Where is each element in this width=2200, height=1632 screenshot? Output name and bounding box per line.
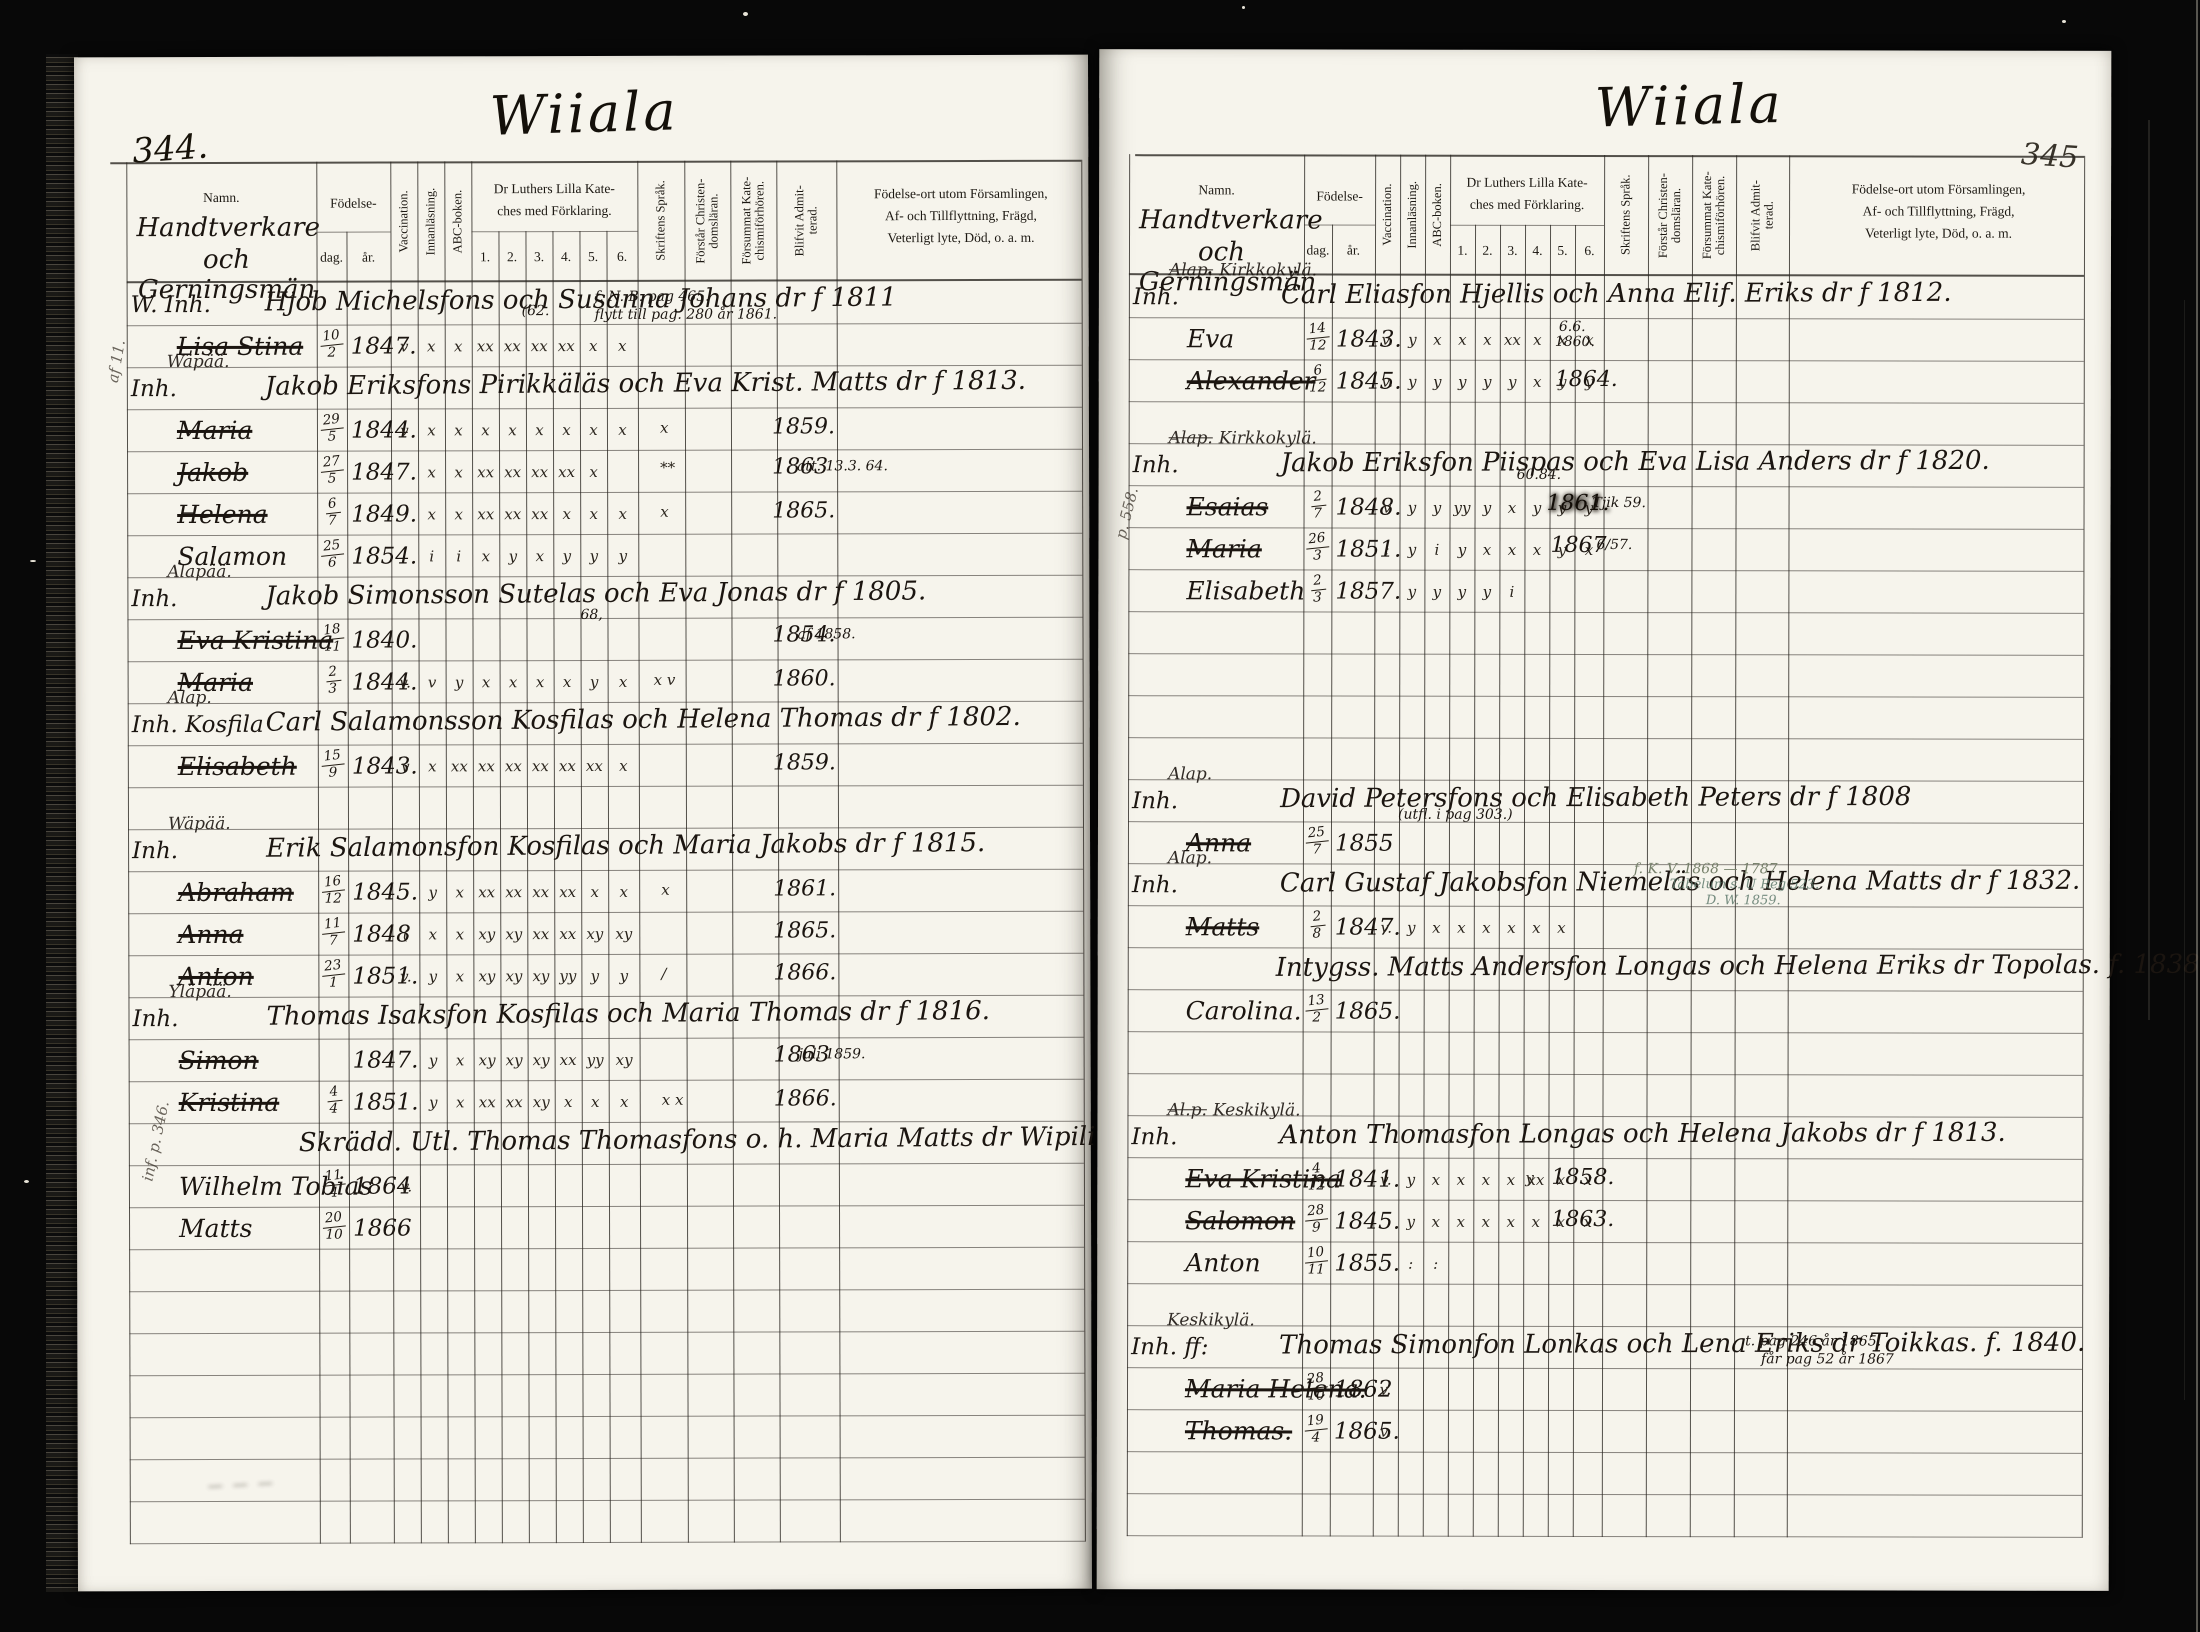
birth-date-part: 1 <box>329 975 338 990</box>
reading-mark: i <box>445 547 472 565</box>
header-vertical-label: Innanläsning. <box>417 165 444 277</box>
reading-mark: x <box>608 757 639 775</box>
reading-mark: x <box>418 421 445 439</box>
row-line <box>1127 1367 2082 1370</box>
reading-mark: y <box>446 673 473 691</box>
reading-mark: x <box>1448 1213 1473 1231</box>
annotation: 1859. <box>772 414 835 439</box>
birth-date-part: 20 <box>322 1210 347 1228</box>
reading-mark: xx <box>501 1093 528 1111</box>
birth-date: 263 <box>1305 532 1329 562</box>
child-name: Matts <box>179 1214 253 1243</box>
reading-mark: xx <box>499 505 526 523</box>
struck-margin-note: Al.p. <box>1167 1100 1206 1120</box>
reading-mark: : <box>1423 1255 1448 1273</box>
row-line <box>1127 1409 2082 1412</box>
row-line <box>127 323 1082 327</box>
annotation: 1865. <box>773 918 836 943</box>
reading-mark: x <box>607 337 638 355</box>
birth-year: 1840. <box>351 627 417 653</box>
row-line <box>129 1247 1084 1251</box>
row-line <box>129 1373 1084 1377</box>
reading-mark: x <box>608 883 639 901</box>
birth-date-part: 6 <box>1310 364 1326 381</box>
annotation: t. pag 246 år 1865. <box>1745 1333 1881 1349</box>
birth-date-part: 12 <box>1309 338 1326 353</box>
header-kateches-num: 4. <box>1525 243 1550 259</box>
scan-speck <box>2062 20 2066 23</box>
header-kateches-num: 2. <box>1475 243 1500 259</box>
row-line <box>1127 1241 2082 1244</box>
annotation: (62. <box>522 303 550 319</box>
annotation: juli 1859. <box>799 1046 866 1062</box>
birth-date: 23 <box>320 666 346 696</box>
household-label: Inh. <box>1132 872 1178 898</box>
birth-date: 28 <box>1305 910 1329 940</box>
reading-mark: x <box>526 421 553 439</box>
reading-mark: v <box>391 421 418 439</box>
reading-mark: xy <box>608 925 639 943</box>
reading-mark: x <box>419 925 446 943</box>
reading-mark: y <box>1425 373 1450 391</box>
village-margin-note: Alap.Kirkkokylä. <box>1169 428 1317 448</box>
birth-date: 132 <box>1305 994 1329 1024</box>
reading-mark: xx <box>499 337 526 355</box>
reading-mark: x <box>445 505 472 523</box>
book-binding-edge <box>46 54 78 1592</box>
scan-streak <box>2196 0 2198 1632</box>
reading-mark: x <box>418 505 445 523</box>
birth-year: 1847. <box>353 1047 419 1073</box>
annotation: f. N. B. pag 465. <box>595 289 710 305</box>
birth-date-part: 2 <box>325 665 341 682</box>
reading-mark: yy <box>1450 499 1475 517</box>
reading-mark: xy <box>528 1093 555 1111</box>
birth-date-part: 4 <box>330 1185 339 1200</box>
reading-mark: xx <box>1500 331 1525 349</box>
child-name: Abraham <box>178 878 294 907</box>
birth-date-part: 11 <box>324 639 341 654</box>
reading-mark: y <box>1450 373 1475 391</box>
family-entry: Erik Salamonsfon Kosfilas och Maria Jako… <box>266 828 985 864</box>
reading-mark: x <box>1500 499 1525 517</box>
birth-date-part: 5 <box>328 429 337 444</box>
annotation: y <box>1525 1169 1534 1187</box>
birth-date: 257 <box>1305 826 1329 856</box>
birth-date: 27 <box>1306 490 1330 520</box>
family-entry: Carl Salamonsson Kosfilas och Helena Tho… <box>266 702 1021 738</box>
row-line <box>1127 1199 2082 1202</box>
household-label: Inh. <box>131 586 177 612</box>
birth-date-part: 11 <box>321 916 346 934</box>
reading-mark: y <box>1475 499 1500 517</box>
reading-mark: y <box>553 547 580 565</box>
header-vertical-label: Blifvit Admit- terad. <box>1736 159 1789 271</box>
birth-date-part: 6 <box>324 497 340 514</box>
annotation: 1861. <box>773 876 836 901</box>
child-name: Kristina <box>179 1088 280 1117</box>
reading-mark: x <box>580 505 607 523</box>
family-entry: Hjob Michelsfons och Susanna Johans dr f… <box>265 283 897 318</box>
reading-mark: : <box>1374 541 1399 559</box>
reading-mark: x <box>1549 919 1574 937</box>
reading-mark: x <box>607 505 638 523</box>
village-margin-note: Keskikylä. <box>1167 1310 1255 1330</box>
margin-note: Kirkkokylä. <box>1219 260 1317 280</box>
reading-mark: xx <box>446 757 473 775</box>
column-line <box>126 162 131 1544</box>
reading-mark: y <box>1425 499 1450 517</box>
birth-date: 23 <box>1305 574 1329 604</box>
reading-mark: x <box>1425 331 1450 349</box>
row-line <box>1128 653 2083 656</box>
reading-mark: x <box>1423 1213 1448 1231</box>
village-margin-note: Alap. <box>168 688 212 708</box>
row-line <box>1129 359 2084 362</box>
reading-mark: y <box>420 1051 447 1069</box>
annotation: Tabelum s. U Reg 523. <box>1670 877 1819 892</box>
reading-mark: x <box>1524 541 1549 559</box>
row-line <box>127 491 1082 495</box>
row-line <box>1128 905 2083 908</box>
birth-date: 159 <box>320 750 346 780</box>
row-line <box>127 407 1082 411</box>
reading-mark: x <box>581 883 608 901</box>
household-label: W. Inh. <box>131 292 211 318</box>
annotation: 68, <box>580 607 602 623</box>
reading-mark: y <box>1474 583 1499 601</box>
header-divider <box>316 232 390 233</box>
birth-date: 1412 <box>1306 322 1330 352</box>
reading-mark: v. <box>1373 1171 1398 1189</box>
row-line <box>1128 569 2083 572</box>
child-name: Anna <box>178 920 243 949</box>
reading-mark: xx <box>472 463 499 481</box>
annotation: flytt till pag. 280 år 1861. <box>595 306 777 322</box>
reading-mark: y <box>608 967 639 985</box>
reading-mark: x <box>580 337 607 355</box>
birth-date-part: 10 <box>1304 1245 1329 1263</box>
row-line <box>128 953 1083 957</box>
birth-year: 1851. <box>353 1089 419 1115</box>
reading-mark: xx <box>473 757 500 775</box>
annotation: 1860. <box>1555 334 1595 350</box>
reading-mark: x <box>1424 919 1449 937</box>
annotation: att. 13.3. 64. <box>797 458 888 474</box>
reading-mark: y <box>499 547 526 565</box>
birth-date-part: 11 <box>1308 1262 1325 1277</box>
row-line <box>1129 527 2084 530</box>
family-entry: Carl Eliasfon Hjellis och Anna Elif. Eri… <box>1281 278 1952 310</box>
birth-date-part: 3 <box>328 681 337 696</box>
reading-mark: v. <box>392 673 419 691</box>
reading-mark: x <box>527 673 554 691</box>
header-kateches-num: 3. <box>1500 243 1525 259</box>
reading-mark: xx <box>554 883 581 901</box>
row-line <box>129 1079 1084 1083</box>
birth-year: 1845. <box>352 879 418 905</box>
reading-mark: x <box>554 673 581 691</box>
household-label: Inh. <box>1133 452 1179 478</box>
row-line <box>129 1331 1084 1335</box>
birth-date: 1011 <box>1304 1246 1328 1276</box>
birth-date: 1811 <box>319 624 345 654</box>
reading-mark: xx <box>553 463 580 481</box>
reading-mark: y <box>1400 373 1425 391</box>
birth-date: 1612 <box>320 876 346 906</box>
child-name: Matts <box>1186 912 1259 941</box>
annotation: 6/57. <box>1596 537 1632 553</box>
reading-mark: x <box>1523 1213 1548 1231</box>
page-right: 345 Wiiala Namn.Handtverkareoch Gernings… <box>1097 49 2112 1591</box>
birth-year: 1849. <box>351 501 417 527</box>
reading-mark: v. <box>1373 1423 1398 1441</box>
header-notes: Veterligt lyte, Död, o. a. m. <box>840 230 1081 246</box>
row-line <box>128 911 1083 915</box>
birth-date-part: 12 <box>1309 380 1326 395</box>
birth-date-part: 4 <box>326 1085 342 1102</box>
reading-mark: y <box>1399 541 1424 559</box>
birth-date-part: 3 <box>1313 548 1322 563</box>
birth-date-part: 16 <box>321 874 346 892</box>
row-line <box>1128 779 2083 782</box>
household-label: Inh. <box>1133 284 1179 310</box>
row-line <box>127 533 1082 537</box>
reading-mark: xy <box>500 967 527 985</box>
row-line <box>128 869 1083 873</box>
reading-mark: xx <box>500 883 527 901</box>
birth-date-part: 25 <box>320 538 345 556</box>
margin-note: Alap. <box>168 688 212 708</box>
annotation: 1859. <box>773 750 836 775</box>
reading-mark: x <box>608 673 639 691</box>
reading-mark: xx <box>472 505 499 523</box>
annotation: 1860. <box>773 666 836 691</box>
birth-date-part: 28 <box>1304 1203 1329 1221</box>
row-line <box>1128 611 2083 614</box>
family-entry: Jakob Eriksfon Piispas och Eva Lisa Ande… <box>1281 446 1990 478</box>
reading-mark: y <box>1449 541 1474 559</box>
reading-mark: xx <box>499 463 526 481</box>
reading-mark: : <box>1398 1255 1423 1273</box>
reading-mark: y <box>1424 583 1449 601</box>
birth-date: 289 <box>1304 1204 1328 1234</box>
reading-mark: x <box>446 883 473 901</box>
reading-mark: y <box>1400 499 1425 517</box>
reading-mark: v. <box>1375 331 1400 349</box>
birth-date: 2810 <box>1304 1372 1328 1402</box>
birth-date-part: 29 <box>320 412 345 430</box>
birth-date-part: 10 <box>319 328 344 346</box>
reading-mark: xy <box>473 967 500 985</box>
reading-mark: x <box>1475 331 1500 349</box>
margin-note: Kirkkokylä. <box>1219 428 1317 448</box>
row-line <box>129 1163 1084 1167</box>
header-divider <box>1304 224 1375 225</box>
reading-mark: xx <box>527 757 554 775</box>
reading-mark: y <box>419 883 446 901</box>
rotated-margin-note: inf. p. 346. <box>138 1099 172 1183</box>
reading-mark: y <box>420 1093 447 1111</box>
row-line <box>1128 695 2083 698</box>
header-vertical-label: Vaccination. <box>1375 159 1400 271</box>
margin-note: Wäpää. <box>168 814 231 834</box>
reading-mark: xx <box>555 1051 582 1069</box>
birth-date-part: 2 <box>1309 574 1325 591</box>
birth-date-part: 10 <box>1307 1388 1324 1403</box>
annotation: Tjik 59. <box>1593 495 1646 511</box>
child-name: Eva <box>1187 324 1234 353</box>
header-kateches-num: 4. <box>552 249 579 265</box>
header-notes: Veterligt lyte, Död, o. a. m. <box>1793 225 2084 241</box>
birth-date-part: 11 <box>322 1168 347 1186</box>
scan-speck <box>743 12 748 16</box>
row-line <box>1128 1031 2083 1034</box>
row-line <box>130 1541 1085 1545</box>
reading-mark: x <box>1474 541 1499 559</box>
row-line <box>1129 401 2084 404</box>
reading-mark: x <box>472 547 499 565</box>
reading-mark: xx <box>527 925 554 943</box>
birth-date-part: 2 <box>1310 490 1326 507</box>
reading-mark: x <box>445 337 472 355</box>
header-notes: Af- och Tillflyttning, Frägd, <box>840 208 1081 224</box>
margin-note: Keskikylä. <box>1213 1100 1301 1120</box>
birth-date: 412 <box>1304 1162 1328 1192</box>
reading-mark: xy <box>474 1051 501 1069</box>
birth-date-part: 4 <box>1312 1430 1321 1445</box>
reading-mark: x <box>1499 541 1524 559</box>
birth-date: 612 <box>1306 364 1330 394</box>
annotation: 1858. <box>1551 1165 1614 1190</box>
reading-mark: y <box>1500 373 1525 391</box>
birth-date-part: 26 <box>1305 531 1330 549</box>
family-entry: Intygss. Matts Andersfon Longas och Hele… <box>1276 950 2200 983</box>
annotation: x v <box>654 671 676 689</box>
annotation: x <box>661 881 670 899</box>
row-line <box>1127 1283 2082 1286</box>
birth-date: 67 <box>319 498 345 528</box>
reading-mark: y <box>1475 373 1500 391</box>
birth-date: 256 <box>319 540 345 570</box>
header-vertical-label: Blifvit Admit- terad. <box>776 164 836 276</box>
reading-mark: x <box>446 925 473 943</box>
header-vertical-label: Förstår Christen- domsläran. <box>1648 159 1692 271</box>
header-kateches: Dr Luthers Lilla Kate- <box>1450 175 1604 191</box>
birth-date: 194 <box>1304 1414 1328 1444</box>
family-entry: Skrädd. Utl. Thomas Thomasfons o. h. Mar… <box>299 1121 1227 1158</box>
ledger-table-right: Namn.Handtverkareoch GerningsmänFödelse-… <box>1097 49 2112 1591</box>
reading-mark: y <box>581 673 608 691</box>
household-label: Inh. Kosfila <box>132 712 264 738</box>
reading-mark: x <box>1450 331 1475 349</box>
header-kateches: ches med Förklaring. <box>1450 197 1604 213</box>
village-margin-note: Yläpää. <box>168 982 231 1002</box>
row-line <box>130 1457 1085 1461</box>
row-line <box>127 617 1082 621</box>
household-label: Inh. <box>1131 1124 1177 1150</box>
header-namn: Namn. <box>1129 182 1304 198</box>
reading-mark: x <box>472 421 499 439</box>
birth-date: 2010 <box>321 1212 347 1242</box>
reading-mark: xx <box>526 505 553 523</box>
birth-date: 295 <box>319 414 345 444</box>
annotation: 1863. <box>1551 1207 1614 1232</box>
child-name: Simon <box>179 1046 259 1075</box>
header-namn-sub: Handtverkare <box>1139 206 1304 236</box>
row-line <box>1128 1073 2083 1076</box>
birth-date-part: 5 <box>328 471 337 486</box>
reading-mark: x <box>419 757 446 775</box>
row-line <box>128 743 1083 747</box>
reading-mark: xx <box>554 757 581 775</box>
reading-mark: v <box>419 673 446 691</box>
row-line <box>128 659 1083 663</box>
birth-date-part: 12 <box>1308 1178 1325 1193</box>
margin-note: Keskikylä. <box>1167 1310 1255 1330</box>
birth-date-part: 19 <box>1304 1413 1329 1431</box>
village-margin-note: Wäpää. <box>168 814 231 834</box>
reading-mark: x <box>1499 919 1524 937</box>
birth-date: 44 <box>321 1086 347 1116</box>
reading-mark: v <box>392 757 419 775</box>
reading-mark: y <box>1399 919 1424 937</box>
birth-date-part: 2 <box>327 345 336 360</box>
reading-mark: x <box>1449 919 1474 937</box>
reading-mark: x <box>607 421 638 439</box>
birth-date-part: 7 <box>328 513 337 528</box>
reading-mark: x <box>447 1093 474 1111</box>
reading-mark: x <box>609 1093 640 1111</box>
birth-year: 1855. <box>1334 1251 1400 1277</box>
header-kateches-num: 6. <box>1575 243 1604 259</box>
header-vertical-label: Skriftens Språk. <box>1604 159 1648 271</box>
page-left: 344. Wiiala Namn.Handtverkareoch Gerning… <box>74 55 1092 1592</box>
reading-mark: xx <box>581 757 608 775</box>
child-name: Carolina. <box>1186 996 1302 1025</box>
reading-mark: x <box>553 505 580 523</box>
reading-mark: i <box>1424 541 1449 559</box>
reading-mark: xy <box>528 1051 555 1069</box>
row-line <box>1127 1493 2082 1496</box>
header-fodelse: Födelse- <box>1304 188 1375 204</box>
header-divider <box>471 231 637 232</box>
header-vertical-label: Innanläsning. <box>1400 159 1425 271</box>
birth-date-part: 13 <box>1304 993 1329 1011</box>
row-line <box>1129 485 2084 488</box>
header-kateches-num: 1. <box>1450 243 1475 259</box>
margin-note: Yläpää. <box>168 982 231 1002</box>
reading-mark: y <box>419 967 446 985</box>
rotated-margin-note: af 11. <box>104 338 129 384</box>
rotated-margin-note: ——— <box>207 1473 283 1495</box>
reading-mark: x <box>1474 919 1499 937</box>
reading-mark: y <box>1399 583 1424 601</box>
header-dag: dag. <box>1304 242 1332 258</box>
annotation: får pag 52 år 1867 <box>1761 1351 1894 1367</box>
scan-speck <box>30 560 36 562</box>
birth-date-part: 7 <box>1313 506 1322 521</box>
header-namn: Namn. <box>126 190 316 206</box>
village-margin-note: Wäpää. <box>167 352 230 372</box>
header-ar: år. <box>346 250 390 266</box>
reading-mark: x <box>1525 331 1550 349</box>
birth-year: 1854. <box>351 543 417 569</box>
child-name: Helena <box>177 500 267 529</box>
row-line <box>1128 947 2083 950</box>
village-margin-note: Alap. <box>1168 848 1212 868</box>
reading-mark: xx <box>473 883 500 901</box>
